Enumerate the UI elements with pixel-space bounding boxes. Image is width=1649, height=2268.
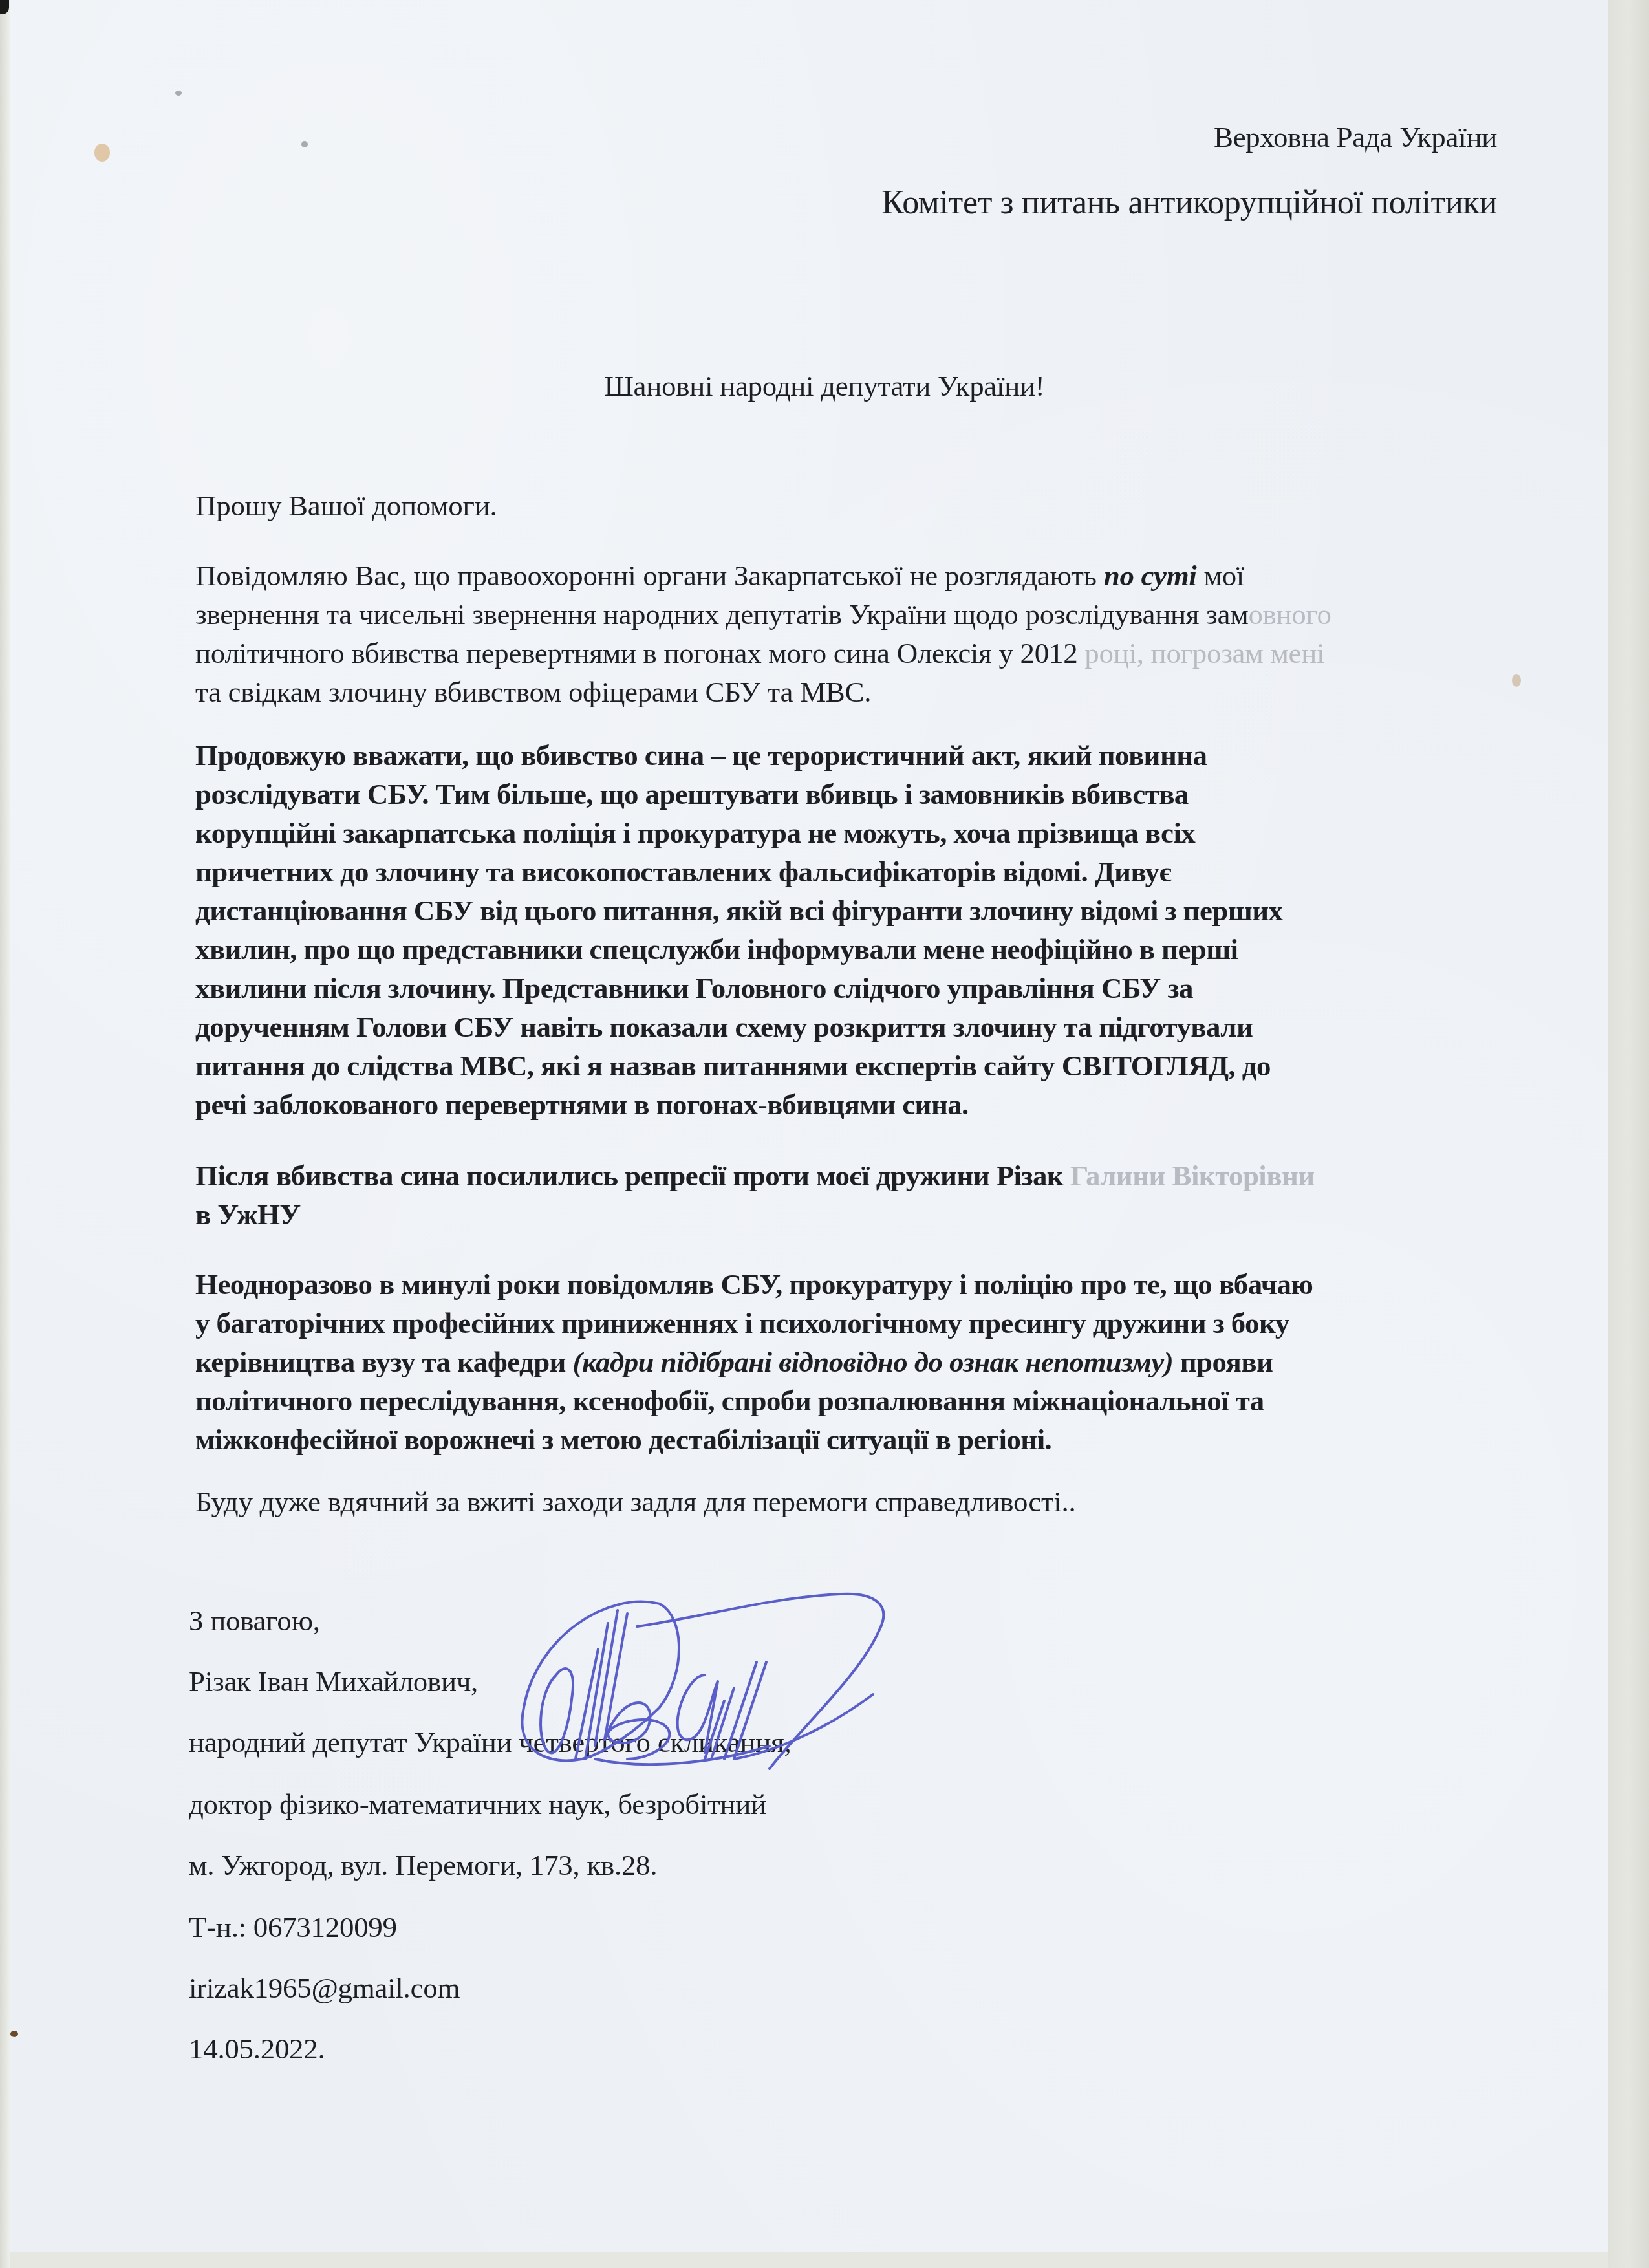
paper-speck [10, 2031, 18, 2037]
handwritten-signature [511, 1565, 1196, 1772]
paper-speck [1512, 674, 1521, 687]
faded-text: овного [1248, 598, 1331, 631]
text-run: Після вбивства сина посилились репресії … [195, 1160, 1063, 1192]
paragraph-notice-line-2: звернення та чисельні звернення народних… [195, 600, 1331, 629]
text-run: політичного вбивства перевертнями в пого… [195, 637, 1077, 669]
salutation: Шановні народні депутати України! [0, 372, 1649, 401]
text-run: керівництва вузу та кафедри [195, 1346, 573, 1378]
letter-date: 14.05.2022. [189, 2035, 325, 2064]
paragraph-reports-line: Неодноразово в минулі роки повідомляв СБ… [195, 1270, 1313, 1299]
paragraph-terror-line: дистанціювання СБУ від цього питання, як… [195, 896, 1282, 925]
paragraph-terror-line: питання до слідства МВС, які я назвав пи… [195, 1052, 1271, 1081]
emphasis-text: по суті [1104, 559, 1197, 592]
paragraph-terror-line: речі заблокованого перевертнями в погона… [195, 1090, 969, 1119]
paragraph-reports-line: міжконфесійної ворожнечі з метою дестабі… [195, 1425, 1051, 1454]
paragraph-terror-line: Продовжую вважати, що вбивство сина – це… [195, 741, 1207, 770]
italic-note: (кадри підібрані відповідно до ознак неп… [573, 1346, 1174, 1378]
scanner-margin-bottom [10, 2252, 1608, 2268]
paragraph-terror-line: хвилини після злочину. Представники Голо… [195, 974, 1193, 1003]
author-name: Різак Іван Михайлович, [189, 1667, 478, 1696]
scan-left-edge [0, 0, 10, 2268]
author-address: м. Ужгород, вул. Перемоги, 173, кв.28. [189, 1851, 657, 1880]
author-email: irizak1965@gmail.com [189, 1974, 460, 2003]
paragraph-notice-line-4: та свідкам злочину вбивством офіцерами С… [195, 678, 871, 707]
text-run: Повідомляю Вас, що правоохоронні органи … [195, 559, 1104, 592]
author-degree: доктор фізико-математичних наук, безробі… [189, 1790, 766, 1819]
paragraph-notice-line-1: Повідомляю Вас, що правоохоронні органи … [195, 561, 1244, 590]
closing-regards: З повагою, [189, 1606, 320, 1636]
paragraph-reports-line: керівництва вузу та кафедри (кадри підіб… [195, 1348, 1273, 1377]
paragraph-terror-line: хвилин, про що представники спецслужби і… [195, 935, 1238, 964]
paper-speck [301, 141, 308, 147]
faded-text: Галини Вікторівни [1063, 1160, 1314, 1192]
paragraph-terror-line: причетних до злочину та високопоставлени… [195, 858, 1171, 887]
scanner-margin-right [1608, 0, 1649, 2268]
text-run: прояви [1173, 1346, 1273, 1378]
paragraph-reports-line: у багаторічних професійних приниженнях і… [195, 1309, 1289, 1338]
paper-speck [94, 144, 110, 162]
text-run: звернення та чисельні звернення народних… [195, 598, 1248, 631]
paragraph-terror-line: корупційні закарпатська поліція і прокур… [195, 819, 1195, 848]
scan-corner-shadow [0, 0, 9, 14]
recipient-institution: Верховна Рада України [1214, 123, 1497, 152]
paragraph-thanks: Буду дуже вдячний за вжиті заходи задля … [195, 1487, 1075, 1517]
paragraph-terror-line: розслідувати СБУ. Тим більше, що арештув… [195, 780, 1189, 809]
recipient-committee: Комітет з питань антикорупційної політик… [881, 186, 1497, 220]
paper-speck [175, 91, 182, 96]
paragraph-repression-line-2: в УжНУ [195, 1200, 301, 1229]
paragraph-repression-line-1: Після вбивства сина посилились репресії … [195, 1161, 1315, 1191]
paragraph-notice-line-3: політичного вбивства перевертнями в пого… [195, 639, 1324, 668]
author-phone: Т-н.: 0673120099 [189, 1913, 397, 1942]
faded-text: році, погрозам мені [1077, 637, 1324, 669]
text-run: мої [1197, 559, 1245, 592]
paragraph-request: Прошу Вашої допомоги. [195, 491, 497, 521]
paragraph-terror-line: дорученням Голови СБУ навіть показали сх… [195, 1013, 1253, 1042]
paragraph-reports-line: політичного переслідування, ксенофобії, … [195, 1387, 1264, 1416]
